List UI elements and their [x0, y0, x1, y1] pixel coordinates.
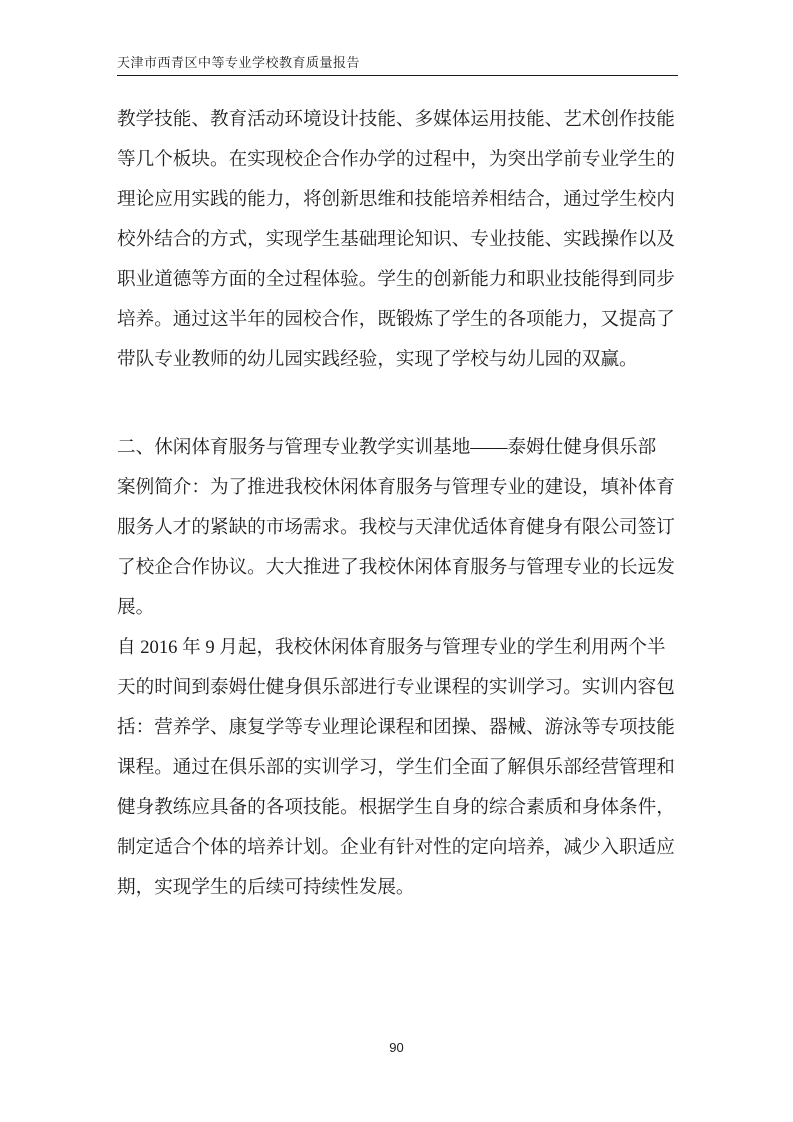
- document-body: 教学技能、教育活动环境设计技能、多媒体运用技能、艺术创作技能 等几个板块。在实现…: [117, 100, 683, 908]
- section-gap: [117, 380, 683, 428]
- body-paragraph-preschool-cooperation: 教学技能、教育活动环境设计技能、多媒体运用技能、艺术创作技能 等几个板块。在实现…: [117, 100, 683, 380]
- running-header: 天津市西青区中等专业学校教育质量报告: [117, 54, 678, 76]
- running-header-title: 天津市西青区中等专业学校教育质量报告: [117, 55, 360, 70]
- body-paragraph-case-intro: 案例简介：为了推进我校休闲体育服务与管理专业的建设，填补体育 服务人才的紧缺的市…: [117, 468, 683, 628]
- page-number: 90: [0, 1040, 793, 1055]
- body-paragraph-training-content: 自 2016 年 9 月起，我校休闲体育服务与管理专业的学生利用两个半 天的时间…: [117, 628, 683, 908]
- document-page: 天津市西青区中等专业学校教育质量报告 教学技能、教育活动环境设计技能、多媒体运用…: [0, 0, 793, 1122]
- section-heading-leisure-sports: 二、休闲体育服务与管理专业教学实训基地——泰姆仕健身俱乐部: [117, 428, 683, 468]
